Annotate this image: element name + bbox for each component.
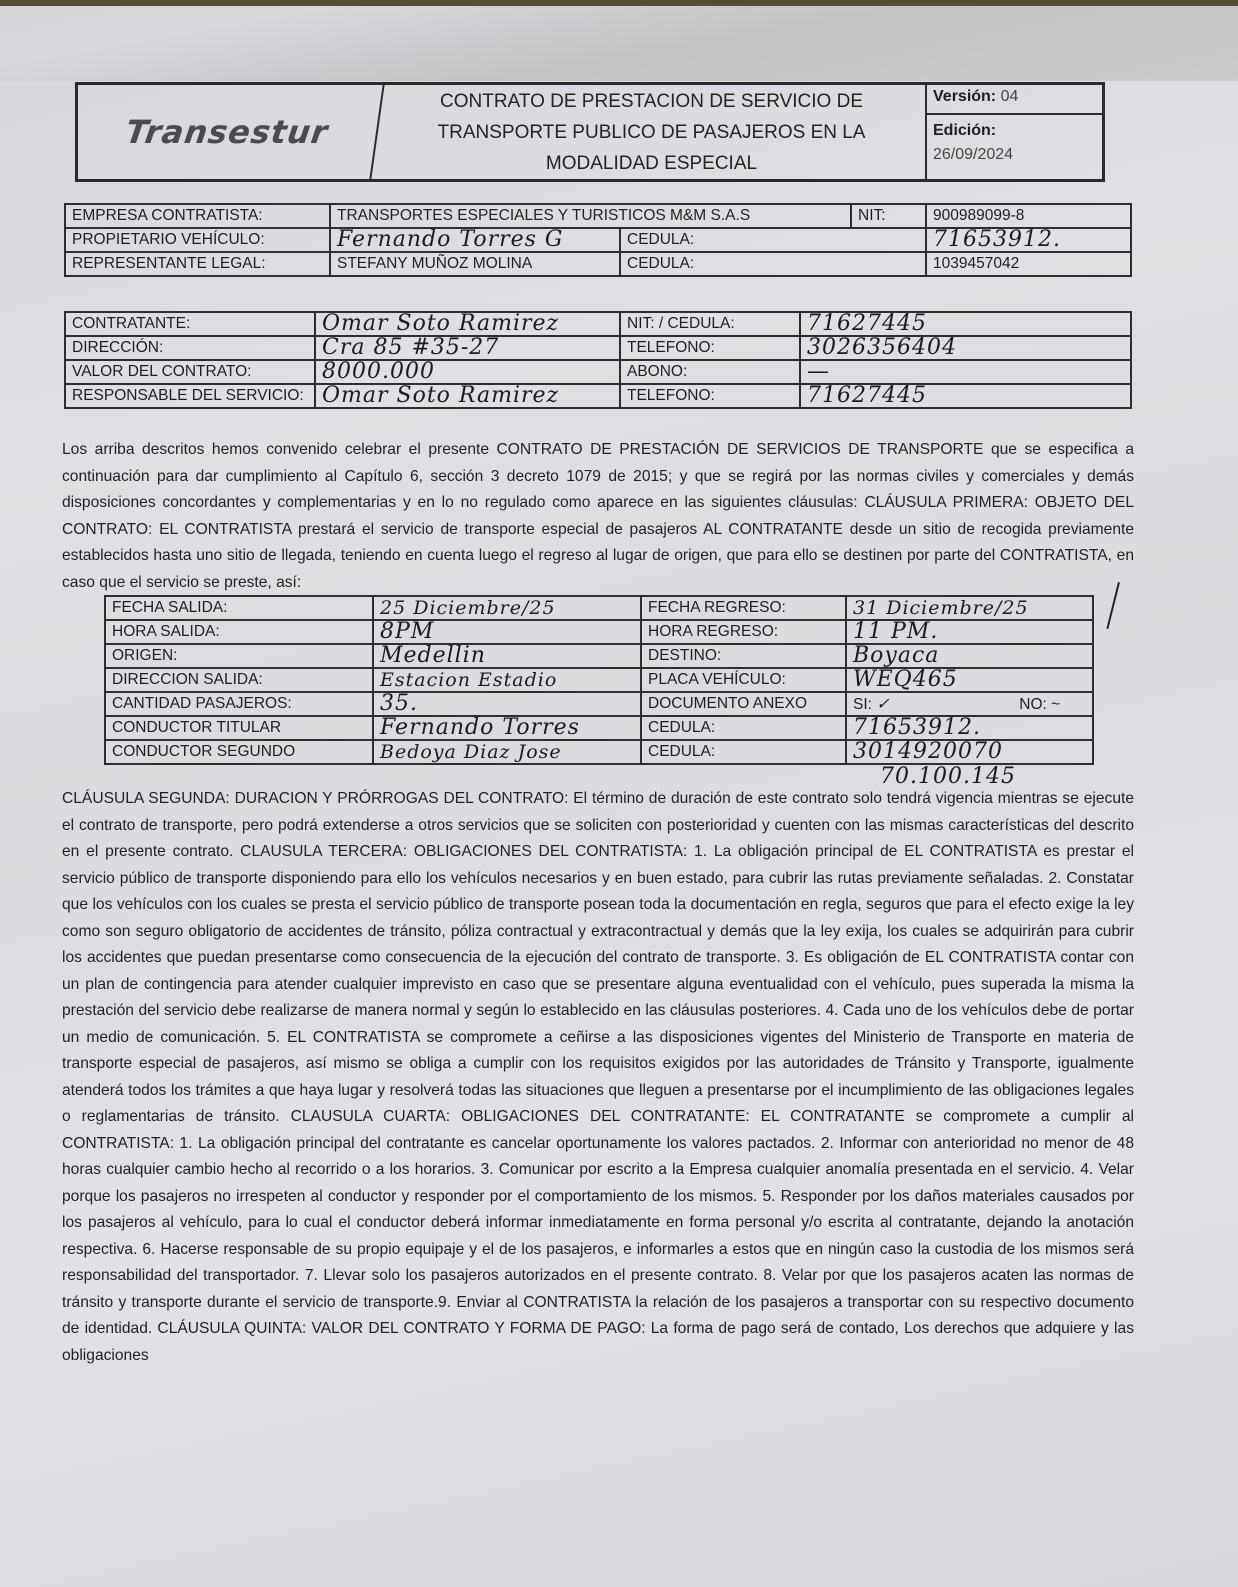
version-value: 04 xyxy=(1001,88,1019,105)
table-row: DIRECCION SALIDA: Estacion Estadio PLACA… xyxy=(105,668,1093,692)
propietario-label: PROPIETARIO VEHÍCULO: xyxy=(65,228,330,252)
trip-table: FECHA SALIDA: 25 Diciembre/25 FECHA REGR… xyxy=(104,595,1094,765)
edition-label: Edición: xyxy=(933,119,1096,143)
table-row: HORA SALIDA: 8PM HORA REGRESO: 11 PM. xyxy=(105,620,1093,644)
nit-cedula-label: NIT: / CEDULA: xyxy=(620,312,800,336)
empresa-value: TRANSPORTES ESPECIALES Y TURISTICOS M&M … xyxy=(330,204,851,228)
conductor-segundo-label: CONDUCTOR SEGUNDO xyxy=(105,740,373,764)
table-row: CONDUCTOR SEGUNDO Bedoya Diaz Jose CEDUL… xyxy=(105,740,1093,764)
hora-regreso-label: HORA REGRESO: xyxy=(641,620,846,644)
si-checkmark: ✓ xyxy=(876,694,890,713)
telefono2-label: TELEFONO: xyxy=(620,384,800,408)
pasajeros-value: 35. xyxy=(373,692,641,716)
table-row: ORIGEN: Medellin DESTINO: Boyaca xyxy=(105,644,1093,668)
contract-document: Transestur CONTRATO DE PRESTACION DE SER… xyxy=(0,0,1238,1587)
conductor-segundo-value: Bedoya Diaz Jose xyxy=(373,740,641,764)
client-table: CONTRATANTE: Omar Soto Ramirez NIT: / CE… xyxy=(64,311,1132,409)
document-meta: Versión: 04 Edición: 26/09/2024 xyxy=(927,85,1102,179)
contratante-label: CONTRATANTE: xyxy=(65,312,315,336)
documento-label: DOCUMENTO ANEXO xyxy=(641,692,846,716)
valor-value: 8000.000 xyxy=(315,360,620,384)
fecha-salida-label: FECHA SALIDA: xyxy=(105,596,373,620)
table-row: PROPIETARIO VEHÍCULO: Fernando Torres G … xyxy=(65,228,1131,252)
nit-label: NIT: xyxy=(851,204,926,228)
cedula2-label: CEDULA: xyxy=(641,740,846,764)
representante-cedula-value: 1039457042 xyxy=(926,252,1131,276)
table-row: CANTIDAD PASAJEROS: 35. DOCUMENTO ANEXO … xyxy=(105,692,1093,716)
edition-field: Edición: 26/09/2024 xyxy=(927,115,1102,179)
company-logo: Transestur xyxy=(71,85,384,179)
valor-label: VALOR DEL CONTRATO: xyxy=(65,360,315,384)
table-row: CONTRATANTE: Omar Soto Ramirez NIT: / CE… xyxy=(65,312,1131,336)
title-line-3: MODALIDAD ESPECIAL xyxy=(438,148,866,179)
cedula1-label: CEDULA: xyxy=(641,716,846,740)
si-label: SI: xyxy=(853,696,872,713)
origen-label: ORIGEN: xyxy=(105,644,373,668)
direccion-value: Cra 85 #35-27 xyxy=(315,336,620,360)
cedula2-value: 3014920070 xyxy=(846,740,1093,764)
propietario-value: Fernando Torres G xyxy=(330,228,620,252)
origen-value: Medellin xyxy=(373,644,641,668)
conductor-titular-label: CONDUCTOR TITULAR xyxy=(105,716,373,740)
clauses-paragraph: CLÁUSULA SEGUNDA: DURACION Y PRÓRROGAS D… xyxy=(62,786,1134,1369)
document-title: CONTRATO DE PRESTACION DE SERVICIO DE TR… xyxy=(378,85,927,179)
table-row: REPRESENTANTE LEGAL: STEFANY MUÑOZ MOLIN… xyxy=(65,252,1131,276)
hora-salida-value: 8PM xyxy=(373,620,641,644)
destino-value: Boyaca xyxy=(846,644,1093,668)
abono-label: ABONO: xyxy=(620,360,800,384)
documento-anexo-field: SI: ✓ NO: ~ xyxy=(846,692,1093,716)
no-label: NO: xyxy=(1019,696,1047,713)
fecha-salida-value: 25 Diciembre/25 xyxy=(373,596,641,620)
telefono-value: 3026356404 xyxy=(800,336,1131,360)
responsable-value: Omar Soto Ramirez xyxy=(315,384,620,408)
cedula2-extra-note: 70.100.145 xyxy=(880,766,1016,788)
hora-salida-label: HORA SALIDA: xyxy=(105,620,373,644)
telefono-label: TELEFONO: xyxy=(620,336,800,360)
direccion-salida-value: Estacion Estadio xyxy=(373,668,641,692)
placa-label: PLACA VEHÍCULO: xyxy=(641,668,846,692)
table-row: FECHA SALIDA: 25 Diciembre/25 FECHA REGR… xyxy=(105,596,1093,620)
company-table: EMPRESA CONTRATISTA: TRANSPORTES ESPECIA… xyxy=(64,203,1132,277)
table-row: RESPONSABLE DEL SERVICIO: Omar Soto Rami… xyxy=(65,384,1131,408)
empresa-label: EMPRESA CONTRATISTA: xyxy=(65,204,330,228)
abono-value: — xyxy=(800,360,1131,384)
telefono2-value: 71627445 xyxy=(800,384,1131,408)
nit-cedula-value: 71627445 xyxy=(800,312,1131,336)
no-mark: ~ xyxy=(1051,696,1060,713)
fecha-regreso-value: 31 Diciembre/25 xyxy=(846,596,1093,620)
pasajeros-label: CANTIDAD PASAJEROS: xyxy=(105,692,373,716)
propietario-cedula-label: CEDULA: xyxy=(620,228,926,252)
propietario-cedula-value: 71653912. xyxy=(926,228,1131,252)
representante-cedula-label: CEDULA: xyxy=(620,252,926,276)
intro-paragraph: Los arriba descritos hemos convenido cel… xyxy=(62,437,1134,596)
responsable-label: RESPONSABLE DEL SERVICIO: xyxy=(65,384,315,408)
title-line-2: TRANSPORTE PUBLICO DE PASAJEROS EN LA xyxy=(438,117,866,148)
version-field: Versión: 04 xyxy=(927,85,1102,115)
document-header: Transestur CONTRATO DE PRESTACION DE SER… xyxy=(75,82,1105,182)
direccion-salida-label: DIRECCION SALIDA: xyxy=(105,668,373,692)
table-row: VALOR DEL CONTRATO: 8000.000 ABONO: — xyxy=(65,360,1131,384)
representante-label: REPRESENTANTE LEGAL: xyxy=(65,252,330,276)
hora-regreso-value: 11 PM. xyxy=(846,620,1093,644)
cedula1-value: 71653912. xyxy=(846,716,1093,740)
destino-label: DESTINO: xyxy=(641,644,846,668)
conductor-titular-value: Fernando Torres xyxy=(373,716,641,740)
representante-value: STEFANY MUÑOZ MOLINA xyxy=(330,252,620,276)
title-line-1: CONTRATO DE PRESTACION DE SERVICIO DE xyxy=(438,86,866,117)
fecha-regreso-label: FECHA REGRESO: xyxy=(641,596,846,620)
table-row: EMPRESA CONTRATISTA: TRANSPORTES ESPECIA… xyxy=(65,204,1131,228)
edition-value: 26/09/2024 xyxy=(933,143,1096,167)
placa-value: WEQ465 xyxy=(846,668,1093,692)
table-row: DIRECCIÓN: Cra 85 #35-27 TELEFONO: 30263… xyxy=(65,336,1131,360)
table-row: CONDUCTOR TITULAR Fernando Torres CEDULA… xyxy=(105,716,1093,740)
nit-value: 900989099-8 xyxy=(926,204,1131,228)
direccion-label: DIRECCIÓN: xyxy=(65,336,315,360)
version-label: Versión: xyxy=(933,88,996,105)
contratante-value: Omar Soto Ramirez xyxy=(315,312,620,336)
